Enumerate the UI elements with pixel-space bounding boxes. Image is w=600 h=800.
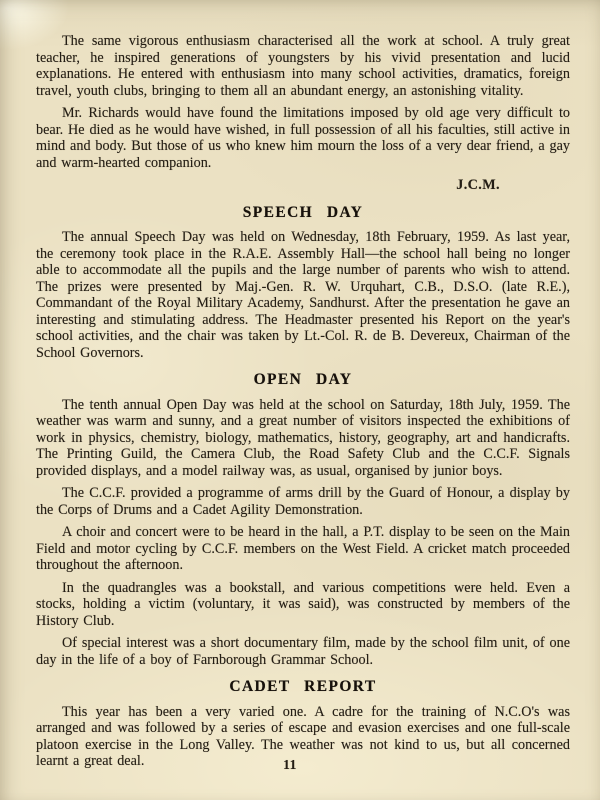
- document-page: The same vigorous enthusiasm characteris…: [0, 0, 600, 800]
- memoir-paragraph-1: The same vigorous enthusiasm characteris…: [36, 33, 570, 99]
- open-day-paragraph-4: In the quadrangles was a bookstall, and …: [36, 580, 570, 630]
- open-day-paragraph-1: The tenth annual Open Day was held at th…: [36, 397, 570, 480]
- open-day-paragraph-2: The C.C.F. provided a programme of arms …: [36, 485, 570, 518]
- open-day-paragraph-5: Of special interest was a short document…: [36, 635, 570, 668]
- author-initials: J.C.M.: [36, 177, 570, 194]
- memoir-paragraph-2: Mr. Richards would have found the limita…: [36, 105, 570, 171]
- speech-day-heading: SPEECH DAY: [36, 205, 570, 222]
- speech-day-paragraph: The annual Speech Day was held on Wednes…: [36, 229, 570, 361]
- open-day-paragraph-3: A choir and concert were to be heard in …: [36, 524, 570, 574]
- page-number: 11: [0, 757, 580, 774]
- cadet-report-heading: CADET REPORT: [36, 679, 570, 696]
- open-day-heading: OPEN DAY: [36, 372, 570, 389]
